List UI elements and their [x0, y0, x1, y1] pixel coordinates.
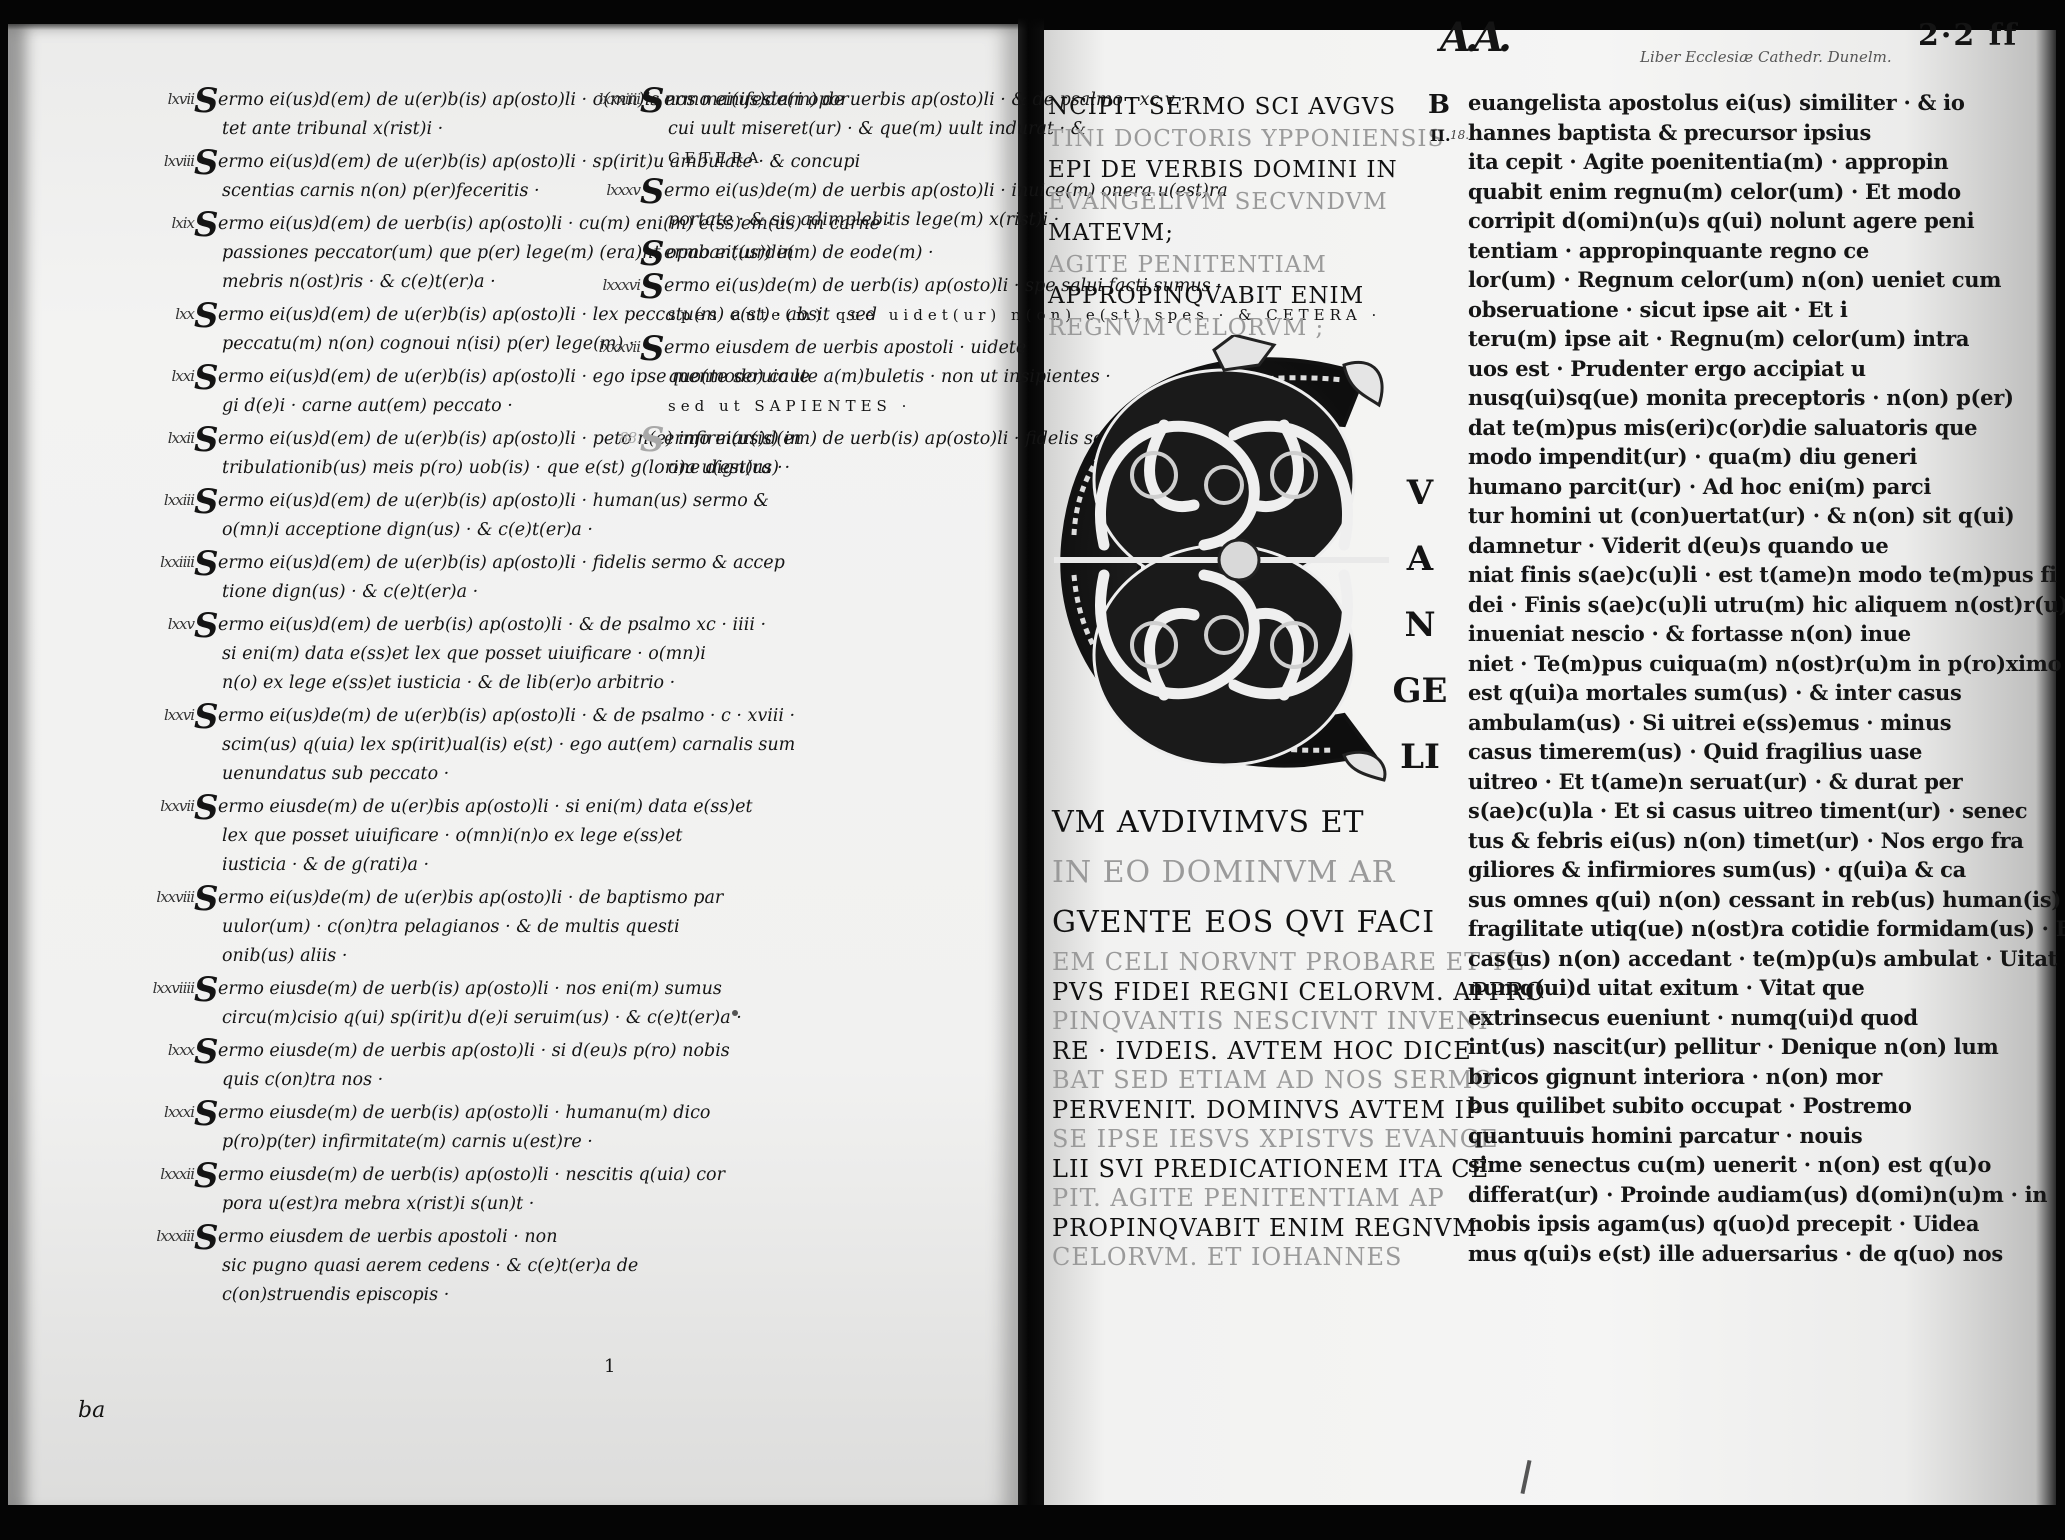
toc-line: gi d(e)i · carne aut(em) peccato ·	[202, 392, 590, 421]
text-line: nusq(ui)sq(ue) monita preceptoris · n(on…	[1468, 383, 1838, 413]
text-line: niet · Te(m)pus cuiqua(m) n(ost)r(u)m in…	[1468, 649, 1838, 679]
text-line: est q(ui)a mortales sum(us) · & inter ca…	[1468, 678, 1838, 708]
toc-line: tione dign(us) · & c(e)t(er)a ·	[202, 578, 590, 607]
toc-entry: lxxiiiSermo ei(us)d(em) de u(er)b(is) ap…	[150, 487, 590, 545]
text-line: bricos gignunt interiora · n(on) mor	[1468, 1062, 1838, 1092]
text-line: dei · Finis s(ae)c(u)li utru(m) hic aliq…	[1468, 590, 1838, 620]
display-capital-line: TINI DOCTORIS YPPONIENSIS	[1048, 124, 1428, 156]
toc-line: ermo ei(us)d(em) de u(er)b(is) ap(osto)l…	[202, 363, 590, 392]
marginal-note: ba	[78, 1398, 105, 1423]
marginal-letter: B	[1428, 90, 1450, 120]
display-capital-line: NCIPIT SERMO SCI AVGVS	[1048, 92, 1428, 124]
toc-roman-numeral: lxxxv	[596, 181, 640, 199]
text-line: sus omnes q(ui) n(on) cessant in reb(us)…	[1468, 885, 1838, 915]
toc-line: scentias carnis n(on) p(er)feceritis ·	[202, 177, 590, 206]
text-line: fragilitate utiq(ue) n(ost)ra cotidie fo…	[1468, 914, 1838, 944]
toc-roman-numeral: lxxxi	[150, 1103, 194, 1121]
toc-line: ermo ei(us)de(m) de u(er)bis ap(osto)li …	[202, 884, 590, 913]
toc-entry: lxxSermo ei(us)d(em) de u(er)b(is) ap(os…	[150, 301, 590, 359]
marginal-numeral: II.	[1430, 126, 1451, 145]
text-line: extrinsecus eueniunt · numq(ui)d quod	[1468, 1003, 1838, 1033]
toc-line: scim(us) q(uia) lex sp(irit)ual(is) e(st…	[202, 731, 590, 760]
toc-line: n(o) ex lege e(ss)et iusticia · & de lib…	[202, 669, 590, 698]
text-line: quantuuis homini parcatur · nouis	[1468, 1121, 1838, 1151]
toc-line: ermo ei(us)d(em) de u(er)b(is) ap(osto)l…	[202, 487, 590, 516]
initial-trailing-letter: N	[1390, 592, 1450, 658]
text-line: teru(m) ipse ait · Regnu(m) celor(um) in…	[1468, 324, 1838, 354]
text-line: tus & febris ei(us) n(on) timet(ur) · No…	[1468, 826, 1838, 856]
text-line: inueniat nescio · & fortasse n(on) inue	[1468, 619, 1838, 649]
page-number: 1	[604, 1356, 615, 1377]
text-line: ambulam(us) · Si uitrei e(ss)emus · minu…	[1468, 708, 1838, 738]
toc-roman-numeral: lxxii	[150, 429, 194, 447]
initial-trailing-letter: A	[1390, 526, 1450, 592]
text-line: hannes baptista & precursor ipsius	[1468, 118, 1838, 148]
toc-initial-capital: S	[194, 547, 219, 581]
toc-roman-numeral: lxxiiii	[150, 553, 194, 571]
toc-line: ermo eiusde(m) de uerb(is) ap(osto)li · …	[202, 1161, 590, 1190]
text-line: dat te(m)pus mis(eri)c(or)die saluatoris…	[1468, 413, 1838, 443]
toc-entry: lxxviiSermo eiusde(m) de u(er)bis ap(ost…	[150, 793, 590, 880]
toc-line: ermo ei(us)d(em) de u(er)b(is) ap(osto)l…	[202, 301, 590, 330]
toc-initial-capital: S	[194, 882, 219, 916]
text-line: damnetur · Viderit d(eu)s quando ue	[1468, 531, 1838, 561]
toc-initial-capital: S	[194, 609, 219, 643]
toc-line: ermo ei(us)d(em) de uerb(is) ap(osto)li …	[648, 425, 1016, 454]
toc-line: ermo ei(us)d(em) de uerb(is) ap(osto)li …	[202, 611, 590, 640]
bottom-edge-shadow	[0, 1505, 2065, 1540]
toc-line: ermo ei(us)de(m) de uerb(is) ap(osto)li …	[648, 272, 1016, 301]
toc-line: uenundatus sub peccato ·	[202, 760, 590, 789]
toc-line: sed ut SAPIENTES ·	[648, 392, 1016, 421]
toc-line: spes aute(m) que uidet(ur) n(on) e(st) s…	[648, 301, 1016, 330]
toc-line: c(on)struendis episcopis ·	[202, 1281, 590, 1310]
display-capital-line: BAT SED ETIAM AD NOS SERMO	[1052, 1066, 1442, 1096]
toc-line: ermo ei(us)d(em) de u(er)b(is) ap(osto)l…	[202, 86, 590, 115]
toc-entry: lxxviiiiSermo eiusde(m) de uerb(is) ap(o…	[150, 975, 590, 1033]
toc-entry: lxxxiiiSermo eiusdem de uerbis apostoli …	[150, 1223, 590, 1310]
toc-line: ermo eiusde(m) de uerbis ap(osto)li · si…	[202, 1037, 590, 1066]
toc-entry: lxxxviSermo ei(us)de(m) de uerb(is) ap(o…	[596, 272, 1016, 330]
display-capitals-after-initial: VM AVDIVIMVS ETIN EO DOMINVM ARGVENTE EO…	[1052, 798, 1442, 1273]
toc-initial-capital: S	[194, 1221, 219, 1255]
text-line: differat(ur) · Proinde audiam(us) d(omi)…	[1468, 1180, 1838, 1210]
toc-initial-capital: S	[640, 332, 665, 366]
toc-initial-capital: S	[194, 791, 219, 825]
text-line: s(ae)c(u)la · Et si casus uitreo timent(…	[1468, 796, 1838, 826]
toc-line: peccatu(m) n(on) cognoui n(isi) p(er) le…	[202, 330, 590, 359]
display-capital-line: VM AVDIVIMVS ET	[1052, 798, 1442, 848]
toc-roman-numeral: lxxxii	[150, 1165, 194, 1183]
toc-initial-capital: S	[194, 146, 219, 180]
display-capital-line: GVENTE EOS QVI FACI	[1052, 898, 1442, 948]
text-line: quabit enim regnu(m) celor(um) · Et modo	[1468, 177, 1838, 207]
toc-line: ermo eiusde(m) de uerb(is) ap(osto)li · …	[202, 975, 590, 1004]
display-capital-line: PINQVANTIS NESCIVNT INVENI	[1052, 1007, 1442, 1037]
toc-roman-numeral: lxx	[150, 305, 194, 323]
toc-column-b: lxxxiiiiSermo ei(us)de(m) de uerbis ap(o…	[596, 86, 1016, 487]
text-line: casus timerem(us) · Quid fragilius uase	[1468, 737, 1838, 767]
heading-display-capitals: NCIPIT SERMO SCI AVGVSTINI DOCTORIS YPPO…	[1048, 92, 1428, 344]
toc-line: p(ro)p(ter) infirmitate(m) carnis u(est)…	[202, 1128, 590, 1157]
toc-entry: lxxxvSermo ei(us)de(m) de uerbis ap(osto…	[596, 177, 1016, 235]
toc-initial-capital: S	[194, 973, 219, 1007]
shelfmark: A.A.	[1440, 14, 1506, 61]
toc-line: quo(modo) caute a(m)buletis · non ut ins…	[648, 363, 1016, 392]
toc-roman-numeral: lxxvi	[150, 706, 194, 724]
toc-initial-capital: S	[194, 485, 219, 519]
toc-line: iusticia · & de g(rati)a ·	[202, 851, 590, 880]
toc-line: o(mn)i acceptione dign(us) · & c(e)t(er)…	[202, 516, 590, 545]
text-line: obseruatione · sicut ipse ait · Et i	[1468, 295, 1838, 325]
toc-entry: lxxviSermo ei(us)de(m) de u(er)b(is) ap(…	[150, 702, 590, 789]
toc-initial-capital: S	[640, 175, 665, 209]
display-capital-line: PROPINQVABIT ENIM REGNVM	[1052, 1214, 1442, 1244]
toc-initial-capital: S	[194, 1159, 219, 1193]
toc-line: lex que posset uiuificare · o(mn)i(n)o e…	[202, 822, 590, 851]
toc-entry: 88.Sermo ei(us)d(em) de uerb(is) ap(osto…	[596, 425, 1016, 483]
display-capital-line: LII SVI PREDICATIONEM ITA CE	[1052, 1155, 1442, 1185]
text-line: humano parcit(ur) · Ad hoc eni(m) parci	[1468, 472, 1838, 502]
text-line: nobis ipsis agam(us) q(uo)d precepit · U…	[1468, 1209, 1838, 1239]
toc-column-a: lxviiSermo ei(us)d(em) de u(er)b(is) ap(…	[150, 86, 590, 1314]
toc-initial-capital: S	[640, 84, 665, 118]
toc-line: sic pugno quasi aerem cedens · & c(e)t(e…	[202, 1252, 590, 1281]
illuminated-initial-icon	[1044, 335, 1404, 785]
toc-line: ermo eiusdem de uerbis apostoli · uidete	[648, 334, 1016, 363]
text-line: ita cepit · Agite poenitentia(m) · appro…	[1468, 147, 1838, 177]
toc-roman-numeral: lxxviiii	[150, 979, 194, 997]
toc-line: ermo ei(us)d(em) de u(er)b(is) ap(osto)l…	[202, 148, 590, 177]
toc-roman-numeral: lxxxvii	[596, 338, 640, 356]
toc-line: circu(m)cisio q(ui) sp(irit)u d(e)i seru…	[202, 1004, 590, 1033]
display-capital-line: EM CELI NORVNT PROBARE ET TE	[1052, 948, 1442, 978]
toc-entry: lxxiSermo ei(us)d(em) de u(er)b(is) ap(o…	[150, 363, 590, 421]
toc-line: ermo eiusde(m) de uerb(is) ap(osto)li · …	[202, 1099, 590, 1128]
toc-roman-numeral: lxix	[150, 214, 194, 232]
toc-roman-numeral: lxviii	[150, 152, 194, 170]
manuscript-spread: lxviiSermo ei(us)d(em) de u(er)b(is) ap(…	[0, 0, 2065, 1540]
initial-trailing-letter: V	[1390, 460, 1450, 526]
toc-line: ermo ei(us)de(m) de u(er)b(is) ap(osto)l…	[202, 702, 590, 731]
toc-roman-numeral: lxxvii	[150, 797, 194, 815]
initial-trailing-letter: LI	[1390, 724, 1450, 790]
toc-roman-numeral: lxxx	[150, 1041, 194, 1059]
toc-initial-capital: S	[194, 700, 219, 734]
display-capital-line: CELORVM. ET IOHANNES	[1052, 1243, 1442, 1273]
text-line: tur homini ut (con)uertat(ur) · & n(on) …	[1468, 501, 1838, 531]
toc-line: CETERA ·	[648, 144, 1016, 173]
toc-line: mebris n(ost)ris · & c(e)t(er)a ·	[202, 268, 590, 297]
text-line: cas(us) n(on) accedant · te(m)p(u)s ambu…	[1468, 944, 1838, 974]
toc-initial-capital: S	[194, 1097, 219, 1131]
toc-line: uulor(um) · c(on)tra pelagianos · & de m…	[202, 913, 590, 942]
toc-line: ermo eiusde(m) de u(er)bis ap(osto)li · …	[202, 793, 590, 822]
display-capital-line: AGITE PENITENTIAM	[1048, 250, 1428, 282]
ink-speck	[732, 1010, 738, 1016]
toc-entry: lxxvSermo ei(us)d(em) de uerb(is) ap(ost…	[150, 611, 590, 698]
text-line: mus q(ui)s e(st) ille aduersarius · de q…	[1468, 1239, 1838, 1269]
text-line: numq(ui)d uitat exitum · Vitat que	[1468, 973, 1838, 1003]
text-line: modo impendit(ur) · qua(m) diu generi	[1468, 442, 1838, 472]
toc-line: ermo ei(us)de(m) de eode(m) ·	[648, 239, 1016, 268]
toc-entry: lxviiSermo ei(us)d(em) de u(er)b(is) ap(…	[150, 86, 590, 144]
toc-initial-capital: S	[640, 237, 665, 271]
toc-entry: lxxxviiSermo eiusdem de uerbis apostoli …	[596, 334, 1016, 421]
folio-mark: 2·2 ff	[1918, 18, 2018, 53]
text-line: giliores & infirmiores sum(us) · q(ui)a …	[1468, 855, 1838, 885]
toc-line: one dign(us) ·	[648, 454, 1016, 483]
toc-line: ermo ei(us)de(m) de uerbis ap(osto)li · …	[648, 86, 1016, 115]
top-edge-shadow	[0, 0, 2065, 30]
display-capital-line: EPI DE VERBIS DOMINI IN	[1048, 155, 1428, 187]
toc-entry: lxixSermo ei(us)d(em) de uerb(is) ap(ost…	[150, 210, 590, 297]
toc-line: si eni(m) data e(ss)et lex que posset ui…	[202, 640, 590, 669]
initial-trailing-letters: VANGELI	[1390, 460, 1450, 790]
minuscule-text-column: euangelista apostolus ei(us) similiter ·…	[1468, 88, 1838, 1268]
toc-initial-capital: S	[194, 299, 219, 333]
display-capital-line: MATEVM;	[1048, 218, 1428, 250]
toc-line: ermo eiusdem de uerbis apostoli · non	[202, 1223, 590, 1252]
toc-entry: Sermo ei(us)de(m) de eode(m) ·	[596, 239, 1016, 268]
text-line: tentiam · appropinquante regno ce	[1468, 236, 1838, 266]
display-capital-line: EVANGELIVM SECVNDVM	[1048, 187, 1428, 219]
toc-entry: lxxviiiSermo ei(us)de(m) de u(er)bis ap(…	[150, 884, 590, 971]
display-capital-line: RE · IVDEIS. AVTEM HOC DICE	[1052, 1037, 1442, 1067]
ownership-inscription: Liber Ecclesiæ Cathedr. Dunelm.	[1640, 48, 1892, 66]
toc-entry: lxxiiiiSermo ei(us)d(em) de u(er)b(is) a…	[150, 549, 590, 607]
text-line: euangelista apostolus ei(us) similiter ·…	[1468, 88, 1838, 118]
toc-initial-capital: S	[194, 361, 219, 395]
toc-line: tribulationib(us) meis p(ro) uob(is) · q…	[202, 454, 590, 483]
marginal-reference: 18.	[1450, 128, 1469, 142]
initial-trailing-letter: GE	[1390, 658, 1450, 724]
toc-line: ermo ei(us)de(m) de uerbis ap(osto)li · …	[648, 177, 1016, 206]
toc-line: passiones peccator(um) que p(er) lege(m)…	[202, 239, 590, 268]
text-line: sime senectus cu(m) uenerit · n(on) est …	[1468, 1150, 1838, 1180]
toc-line: cui uult miseret(ur) · & que(m) uult ind…	[648, 115, 1016, 144]
toc-entry: lxxxiiiiSermo ei(us)de(m) de uerbis ap(o…	[596, 86, 1016, 173]
text-line: bus quilibet subito occupat · Postremo	[1468, 1091, 1838, 1121]
toc-entry: lxxiiSermo ei(us)d(em) de u(er)b(is) ap(…	[150, 425, 590, 483]
toc-line: portate · & sic adimplebitis lege(m) x(r…	[648, 206, 1016, 235]
text-line: corripit d(omi)n(u)s q(ui) nolunt agere …	[1468, 206, 1838, 236]
text-line: int(us) nascit(ur) pellitur · Denique n(…	[1468, 1032, 1838, 1062]
toc-line: ermo ei(us)d(em) de u(er)b(is) ap(osto)l…	[202, 549, 590, 578]
toc-line: ermo ei(us)d(em) de u(er)b(is) ap(osto)l…	[202, 425, 590, 454]
toc-initial-capital: S	[640, 270, 665, 304]
toc-roman-numeral: lxxviii	[150, 888, 194, 906]
toc-entry: lxxxiiSermo eiusde(m) de uerb(is) ap(ost…	[150, 1161, 590, 1219]
display-capital-line: PVS FIDEI REGNI CELORVM. APPRO	[1052, 978, 1442, 1008]
toc-roman-numeral: lxxxiii	[150, 1227, 194, 1245]
toc-roman-numeral: lxxv	[150, 615, 194, 633]
toc-initial-capital: S	[194, 423, 219, 457]
toc-roman-numeral: lxxxvi	[596, 276, 640, 294]
toc-entry: lxxxiSermo eiusde(m) de uerb(is) ap(osto…	[150, 1099, 590, 1157]
toc-line: quis c(on)tra nos ·	[202, 1066, 590, 1095]
toc-roman-numeral: lxvii	[150, 90, 194, 108]
toc-entry: lxxxSermo eiusde(m) de uerbis ap(osto)li…	[150, 1037, 590, 1095]
toc-roman-numeral: 88.	[596, 429, 640, 447]
toc-line: pora u(est)ra mebra x(rist)i s(un)t ·	[202, 1190, 590, 1219]
toc-initial-capital: S	[194, 1035, 219, 1069]
text-line: uitreo · Et t(ame)n seruat(ur) · & durat…	[1468, 767, 1838, 797]
display-capital-line: PIT. AGITE PENITENTIAM AP	[1052, 1184, 1442, 1214]
text-line: uos est · Prudenter ergo accipiat u	[1468, 354, 1838, 384]
display-capital-line: PERVENIT. DOMINVS AVTEM IP	[1052, 1096, 1442, 1126]
text-line: niat finis s(ae)c(u)li · est t(ame)n mod…	[1468, 560, 1838, 590]
text-line: lor(um) · Regnum celor(um) n(on) ueniet …	[1468, 265, 1838, 295]
toc-line: tet ante tribunal x(rist)i ·	[202, 115, 590, 144]
toc-roman-numeral: lxxxiiii	[596, 90, 640, 108]
display-capital-line: SE IPSE IESVS XPISTVS EVANGE	[1052, 1125, 1442, 1155]
toc-roman-numeral: lxxiii	[150, 491, 194, 509]
toc-initial-capital: S	[640, 423, 665, 457]
toc-initial-capital: S	[194, 84, 219, 118]
display-capital-line: APPROPINQVABIT ENIM	[1048, 281, 1428, 313]
display-capital-line: IN EO DOMINVM AR	[1052, 848, 1442, 898]
toc-line: onib(us) aliis ·	[202, 942, 590, 971]
toc-line: ermo ei(us)d(em) de uerb(is) ap(osto)li …	[202, 210, 590, 239]
toc-entry: lxviiiSermo ei(us)d(em) de u(er)b(is) ap…	[150, 148, 590, 206]
toc-roman-numeral: lxxi	[150, 367, 194, 385]
toc-initial-capital: S	[194, 208, 219, 242]
